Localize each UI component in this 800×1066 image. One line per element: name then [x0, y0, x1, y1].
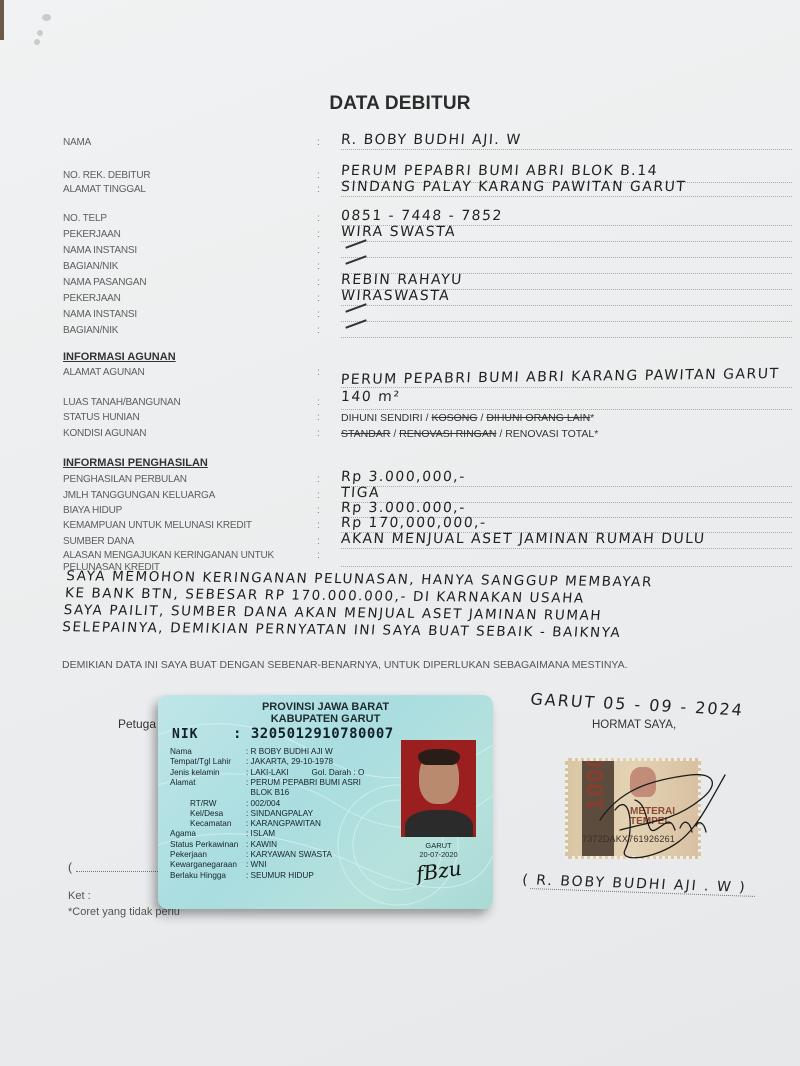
option-text: DIHUNI SENDIRI — [341, 412, 423, 424]
ktp-province: PROVINSI JAWA BARAT — [158, 701, 493, 713]
signature-scrawl-icon — [580, 760, 730, 865]
punch-hole-mark — [34, 39, 40, 45]
ktp-regency: KABUPATEN GARUT — [158, 713, 493, 725]
ktp-field-key: Alamat — [170, 778, 195, 788]
ktp-field-row: Kecamatan: KARANGPAWITAN — [170, 819, 410, 829]
field-colon: : — [317, 184, 320, 195]
dotted-line — [341, 305, 792, 306]
dotted-line — [341, 241, 792, 242]
field-value: PERUM PEPABRI BUMI ABRI KARANG PAWITAN G… — [340, 366, 780, 388]
field-label: ALAMAT TINGGAL — [63, 184, 146, 195]
field-label: NAMA INSTANSI — [63, 245, 137, 256]
debitur-field-row: ALAMAT TINGGAL:SINDANG PALAY KARANG PAWI… — [63, 184, 800, 200]
field-label: KONDISI AGUNAN — [63, 428, 146, 439]
debitur-field-row: PEKERJAAN:WIRASWASTA — [63, 293, 800, 309]
field-colon: : — [317, 170, 320, 181]
option-text: KOSONG — [431, 412, 477, 424]
field-label: KEMAMPUAN UNTUK MELUNASI KREDIT — [63, 520, 252, 531]
ktp-field-row: Status Perkawinan: KAWIN — [170, 840, 410, 850]
dotted-line — [341, 566, 792, 567]
field-colon: : — [317, 325, 320, 336]
ktp-field-key: Kewarganegaraan — [170, 860, 237, 870]
field-label: LUAS TANAH/BANGUNAN — [63, 397, 181, 408]
option-text: RENOVASI TOTAL — [505, 428, 594, 440]
ktp-field-row: Kel/Desa: SINDANGPALAY — [170, 809, 410, 819]
field-value: Rp 3.000,000,- — [340, 469, 466, 485]
field-colon: : — [317, 309, 320, 320]
field-label: BIAYA HIDUP — [63, 505, 122, 516]
debitur-field-row: NAMA INSTANSI: — [63, 309, 800, 325]
ktp-field-row: Jenis kelamin: LAKI-LAKI Gol. Darah : O — [170, 768, 410, 778]
ktp-field-value: BLOK B16 — [246, 788, 289, 798]
option-text: RENOVASI RINGAN — [399, 428, 496, 440]
field-colon: : — [317, 505, 320, 516]
place-date-handwritten: GARUT 05 - 09 - 2024 — [529, 689, 745, 719]
debitur-field-row: BAGIAN/NIK: — [63, 325, 800, 341]
field-label: JMLH TANGGUNGAN KELUARGA — [63, 490, 215, 501]
ktp-field-value: : ISLAM — [246, 829, 275, 839]
ktp-field-value: : KARANGPAWITAN — [246, 819, 321, 829]
ktp-field-value: : KAWIN — [246, 840, 277, 850]
debitur-field-row: PEKERJAAN:WIRA SWASTA — [63, 229, 800, 245]
ktp-field-row: Berlaku Hingga: SEUMUR HIDUP — [170, 871, 410, 881]
ktp-field-value: : R BOBY BUDHI AJI W — [246, 747, 333, 757]
punch-hole-mark — [42, 14, 51, 21]
field-label: PENGHASILAN PERBULAN — [63, 474, 187, 485]
field-label: NO. TELP — [63, 213, 107, 224]
document-paper: DATA DEBITUR NAMA:R. BOBY BUDHI AJI. WNO… — [0, 0, 800, 1066]
hormat-saya-label: HORMAT SAYA, — [592, 719, 676, 731]
ktp-field-row: Kewarganegaraan: WNI — [170, 860, 410, 870]
ktp-field-key: Berlaku Hingga — [170, 871, 226, 881]
ktp-field-key: RT/RW — [190, 799, 217, 809]
declaration-statement: DEMIKIAN DATA INI SAYA BUAT DENGAN SEBEN… — [62, 659, 628, 671]
photo-body — [405, 810, 473, 837]
field-label: NAMA — [63, 137, 91, 148]
field-colon: : — [317, 245, 320, 256]
field-alamat-agunan: ALAMAT AGUNAN : PERUM PEPABRI BUMI ABRI … — [63, 367, 800, 383]
field-colon: : — [317, 550, 320, 561]
field-colon: : — [317, 412, 320, 423]
field-label: BAGIAN/NIK — [63, 261, 118, 272]
field-colon: : — [317, 428, 320, 439]
field-colon: : — [317, 474, 320, 485]
ktp-field-key: Pekerjaan — [170, 850, 207, 860]
field-label: NO. REK. DEBITUR — [63, 170, 150, 181]
ktp-field-key: Status Perkawinan — [170, 840, 238, 850]
field-value: Rp 170,000,000,- — [340, 515, 487, 531]
punch-hole-mark — [37, 30, 43, 36]
field-label: STATUS HUNIAN — [63, 412, 139, 423]
field-value: Rp 3.000.000,- — [340, 500, 466, 516]
ktp-id-card: PROVINSI JAWA BARAT KABUPATEN GARUT NIK … — [158, 695, 493, 909]
field-colon: : — [317, 229, 320, 240]
ktp-issue-info: GARUT 20-07-2020 — [401, 841, 476, 859]
penghasilan-field-row: PENGHASILAN PERBULAN:Rp 3.000,000,- — [63, 474, 800, 490]
ktp-field-row: Agama: ISLAM — [170, 829, 410, 839]
ktp-field-value: : LAKI-LAKI Gol. Darah : O — [246, 768, 364, 778]
ktp-nik-value: : 3205012910780007 — [233, 726, 394, 742]
field-value: PERUM PEPABRI BUMI ABRI BLOK B.14 — [340, 163, 658, 179]
field-value: R. BOBY BUDHI AJI. W — [340, 132, 522, 148]
debitur-field-row: NAMA:R. BOBY BUDHI AJI. W — [63, 137, 800, 153]
notes-ket: Ket : — [68, 890, 91, 902]
section-informasi-penghasilan: INFORMASI PENGHASILAN — [63, 457, 208, 469]
petugas-label: Petuga — [118, 717, 156, 731]
debitur-field-row: NAMA INSTANSI: — [63, 245, 800, 261]
field-colon: : — [317, 490, 320, 501]
section-informasi-agunan: INFORMASI AGUNAN — [63, 351, 176, 363]
field-value: WIRA SWASTA — [340, 224, 456, 240]
ktp-issue-date: 20-07-2020 — [401, 850, 476, 859]
dotted-line — [341, 387, 792, 388]
option-text: DIHUNI ORANG LAIN — [486, 412, 590, 424]
field-value: AKAN MENJUAL ASET JAMINAN RUMAH DULU — [340, 531, 706, 547]
field-colon: : — [317, 277, 320, 288]
dotted-line — [341, 196, 792, 197]
field-label: NAMA PASANGAN — [63, 277, 146, 288]
dotted-line — [341, 486, 792, 487]
field-label: PEKERJAAN — [63, 229, 121, 240]
ktp-issue-place: GARUT — [401, 841, 476, 850]
field-luas-tanah-bangunan: LUAS TANAH/BANGUNAN : 140 m² — [63, 397, 800, 413]
dotted-line — [341, 149, 792, 150]
field-colon: : — [317, 293, 320, 304]
ktp-field-row: Nama: R BOBY BUDHI AJI W — [170, 747, 410, 757]
kondisi-agunan-options: STANDAR / RENOVASI RINGAN / RENOVASI TOT… — [341, 428, 598, 440]
ktp-nik-label: NIK — [172, 727, 198, 742]
ktp-field-row: RT/RW: 002/004 — [170, 799, 410, 809]
ktp-field-row: Tempat/Tgl Lahir: JAKARTA, 29-10-1978 — [170, 757, 410, 767]
field-label: BAGIAN/NIK — [63, 325, 118, 336]
dotted-line — [341, 337, 792, 338]
field-colon: : — [317, 397, 320, 408]
ktp-field-row: Pekerjaan: KARYAWAN SWASTA — [170, 850, 410, 860]
ktp-field-value: : 002/004 — [246, 799, 280, 809]
field-colon: : — [317, 520, 320, 531]
dotted-line — [341, 409, 792, 410]
ktp-header: PROVINSI JAWA BARAT KABUPATEN GARUT — [158, 701, 493, 725]
ktp-field-key: Tempat/Tgl Lahir — [170, 757, 231, 767]
ktp-field-row: BLOK B16 — [170, 788, 410, 798]
ktp-field-key: Agama — [170, 829, 196, 839]
field-colon: : — [317, 213, 320, 224]
photo-hair — [418, 749, 460, 765]
field-label: PEKERJAAN — [63, 293, 121, 304]
field-colon: : — [317, 137, 320, 148]
field-value: SINDANG PALAY KARANG PAWITAN GARUT — [340, 179, 687, 195]
ktp-field-value: : KARYAWAN SWASTA — [246, 850, 332, 860]
dotted-line — [341, 257, 792, 258]
field-value: REBIN RAHAYU — [340, 272, 463, 288]
ktp-field-key: Nama — [170, 747, 192, 757]
ktp-field-key: Kel/Desa — [190, 809, 223, 819]
field-label: NAMA INSTANSI — [63, 309, 137, 320]
field-colon: : — [317, 536, 320, 547]
ktp-field-row: Alamat: PERUM PEPABRI BUMI ASRI — [170, 778, 410, 788]
ktp-field-value: : JAKARTA, 29-10-1978 — [246, 757, 333, 767]
petugas-signature-line — [76, 871, 166, 872]
document-title: DATA DEBITUR — [0, 93, 800, 115]
field-label: ALASAN MENGAJUKAN KERINGANAN UNTUK — [63, 550, 274, 561]
dotted-line — [341, 321, 792, 322]
dotted-line — [341, 548, 792, 549]
field-colon: : — [317, 261, 320, 272]
status-hunian-options: DIHUNI SENDIRI / KOSONG / DIHUNI ORANG L… — [341, 412, 594, 424]
field-value: 0851 - 7448 - 7852 — [340, 208, 503, 224]
option-text: STANDAR — [341, 428, 390, 440]
ktp-photo — [401, 740, 476, 837]
ktp-field-value: : SEUMUR HIDUP — [246, 871, 314, 881]
field-value: TIGA — [340, 485, 380, 501]
ktp-field-key: Jenis kelamin — [170, 768, 220, 778]
field-colon: : — [317, 367, 320, 378]
petugas-signature-paren: ( — [68, 860, 72, 874]
field-value: 140 m² — [340, 389, 401, 405]
ktp-field-value: : WNI — [246, 860, 266, 870]
ktp-field-key: Kecamatan — [190, 819, 231, 829]
paper-edge-shadow — [0, 0, 4, 40]
field-label: SUMBER DANA — [63, 536, 134, 547]
ktp-field-value: : PERUM PEPABRI BUMI ASRI — [246, 778, 361, 788]
alasan-handwritten-text: SAYA MEMOHON KERINGANAN PELUNASAN, HANYA… — [62, 568, 797, 644]
field-label: ALAMAT AGUNAN — [63, 367, 145, 378]
field-kondisi-agunan: KONDISI AGUNAN : STANDAR / RENOVASI RING… — [63, 428, 800, 444]
field-status-hunian: STATUS HUNIAN : DIHUNI SENDIRI / KOSONG … — [63, 412, 800, 428]
field-value: WIRASWASTA — [340, 288, 450, 304]
ktp-field-value: : SINDANGPALAY — [246, 809, 313, 819]
